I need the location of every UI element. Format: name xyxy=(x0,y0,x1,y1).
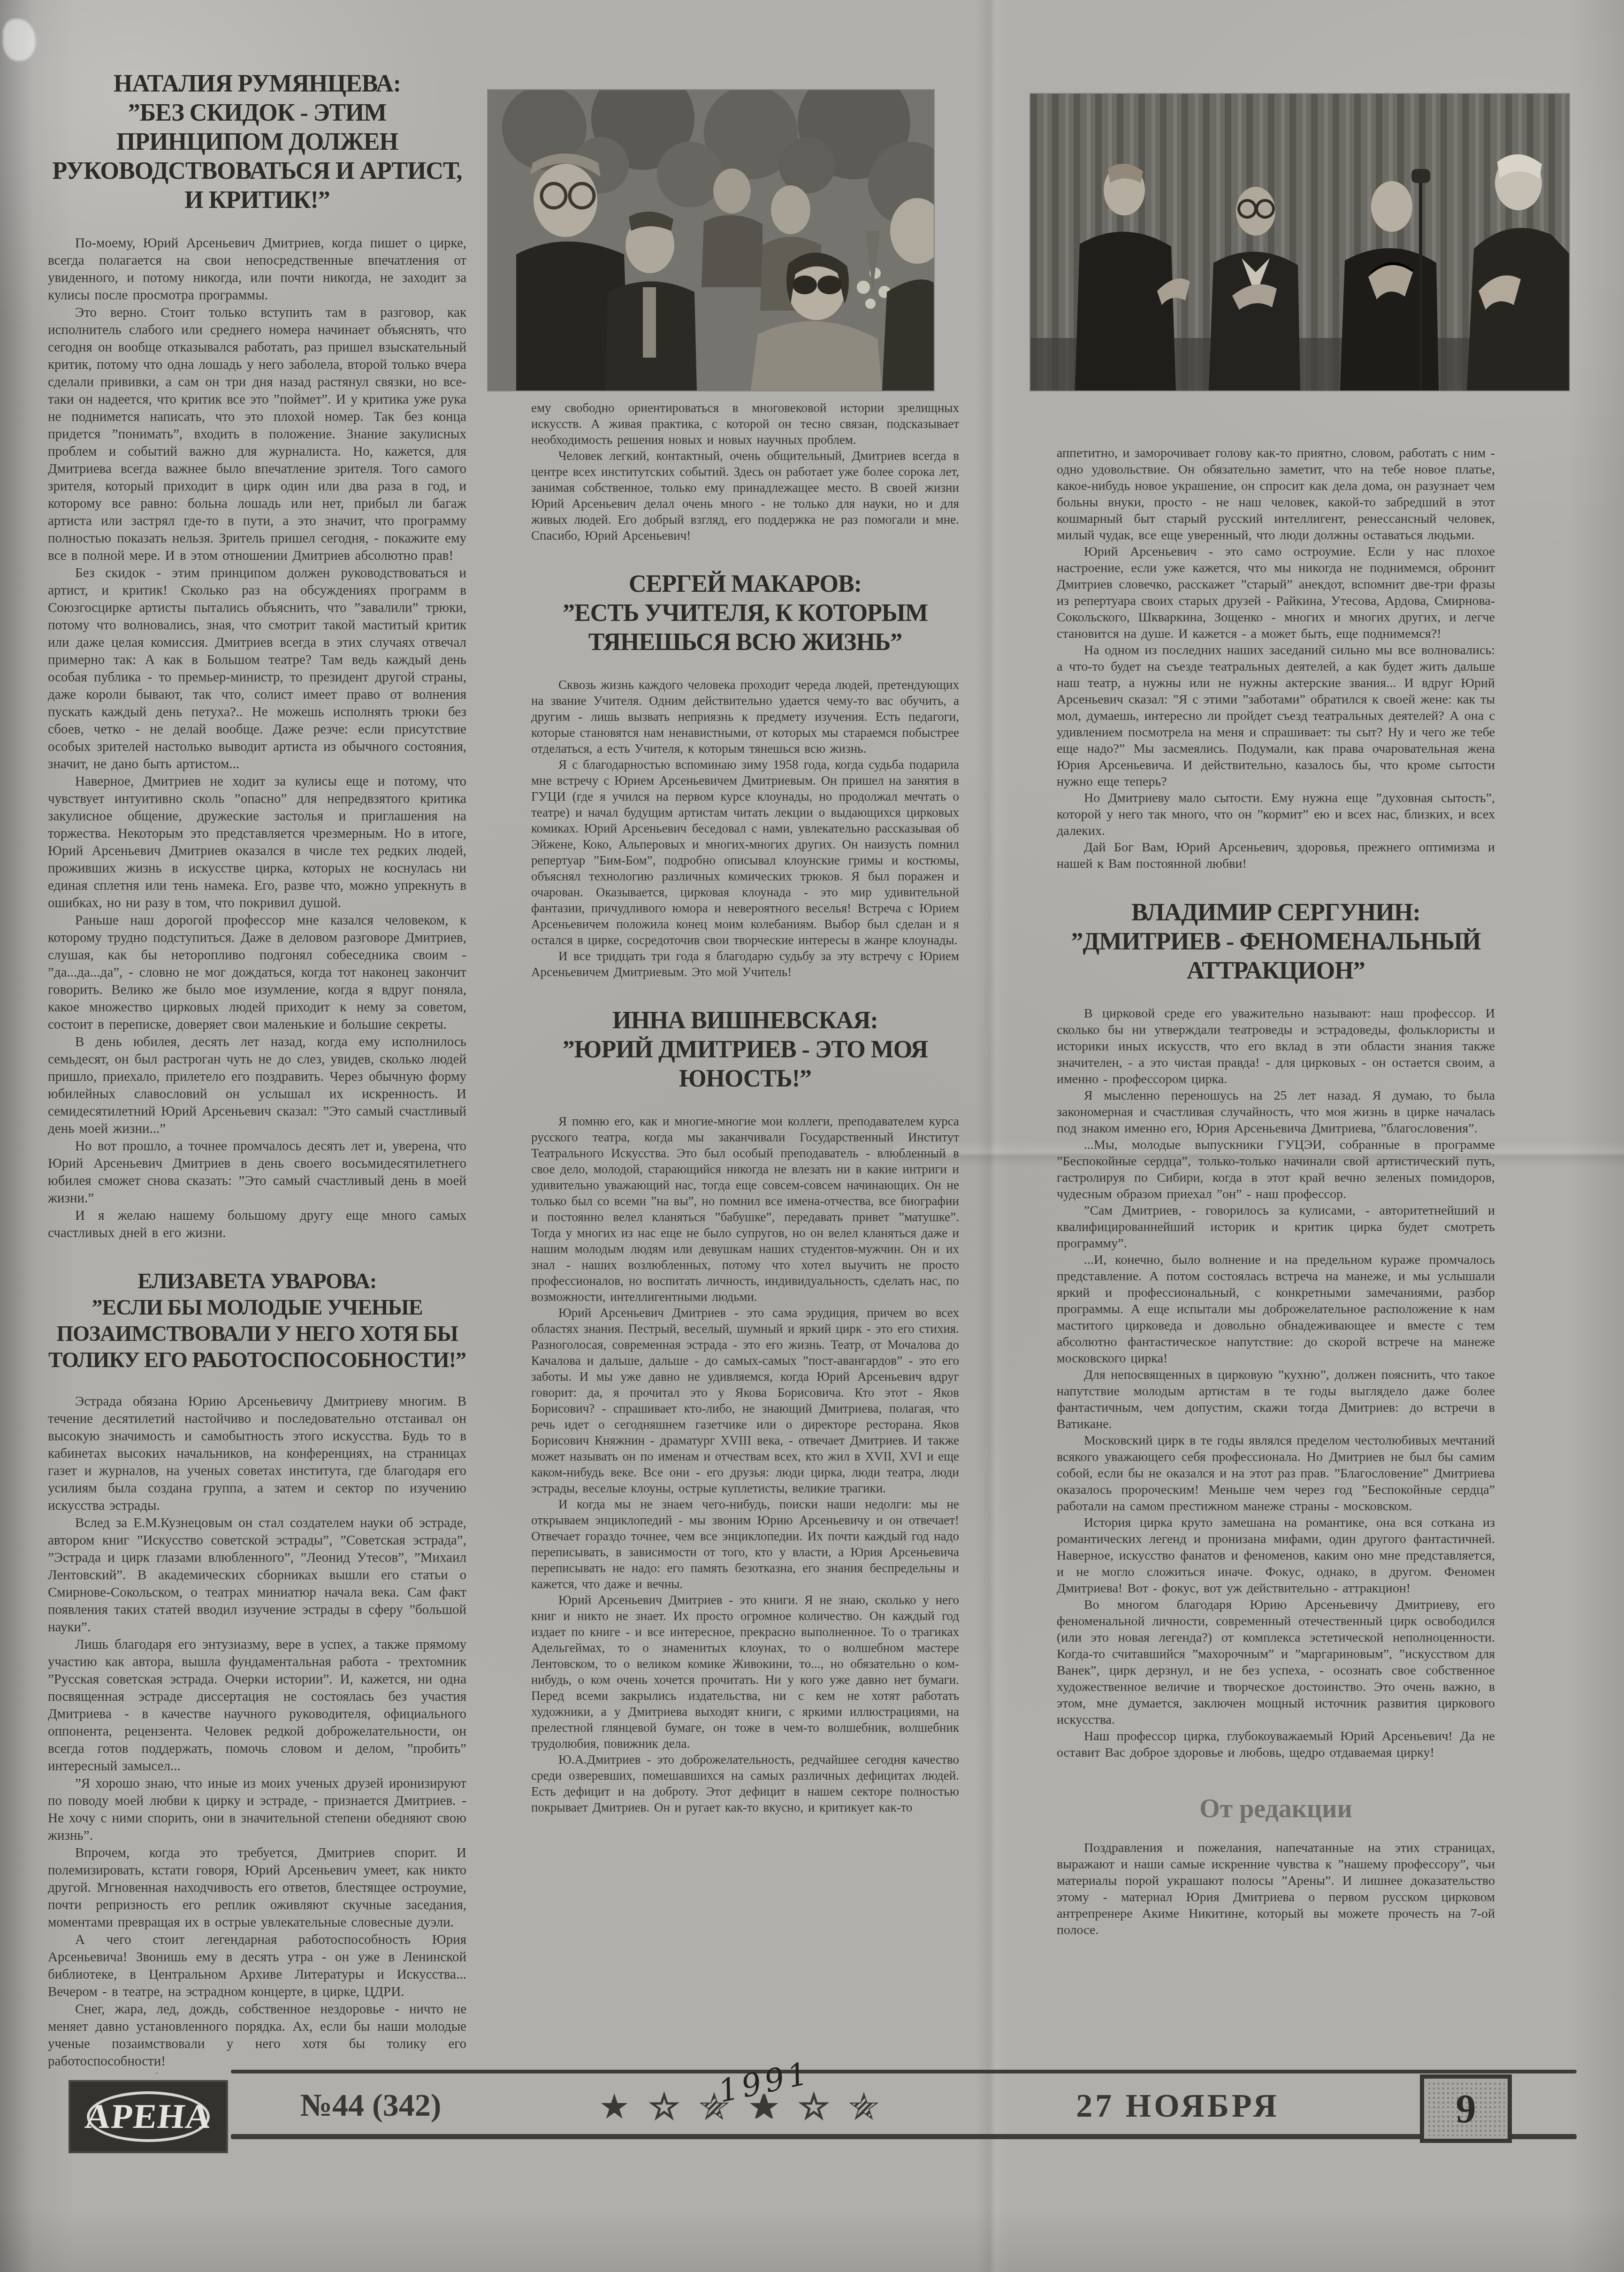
paragraph: ”Я хорошо знаю, что иные из моих ученых … xyxy=(48,1775,466,1844)
paper-crease-vertical xyxy=(976,0,1009,2272)
paragraph: Наш профессор цирка, глубокоуважаемый Юр… xyxy=(1057,1728,1495,1761)
star-icon: ☆ xyxy=(648,2085,679,2130)
article-author: НАТАЛИЯ РУМЯНЦЕВА: xyxy=(48,69,466,99)
paragraph: ”Сам Дмитриев, - говорилось за кулисами,… xyxy=(1057,1202,1495,1252)
footer-rule-bottom xyxy=(231,2134,1577,2139)
page-number-box: 9 xyxy=(1420,2074,1512,2143)
paragraph: По-моему, Юрий Арсеньевич Дмитриев, когд… xyxy=(48,235,466,304)
paragraph: И все тридцать три года я благодарю судь… xyxy=(531,948,959,980)
article-rumyantseva-body: По-моему, Юрий Арсеньевич Дмитриев, когд… xyxy=(48,235,466,1242)
article-title: ”ЕСЛИ БЫ МОЛОДЫЕ УЧЕНЫЕ ПОЗАИМСТВОВАЛИ У… xyxy=(48,1294,466,1373)
article-author: ЕЛИЗАВЕТА УВАРОВА: xyxy=(48,1268,466,1294)
article-title: ”БЕЗ СКИДОК - ЭТИМ ПРИНЦИПОМ ДОЛЖЕН РУКО… xyxy=(48,99,466,215)
article-rumyantseva-headline: НАТАЛИЯ РУМЯНЦЕВА: ”БЕЗ СКИДОК - ЭТИМ ПР… xyxy=(48,69,466,215)
photo-outdoor-group xyxy=(488,90,934,390)
paragraph: Юрий Арсеньевич - это само остроумие. Ес… xyxy=(1057,543,1495,642)
article-vishnevskaya-body-part1: Я помню его, как и многие-многие мои кол… xyxy=(531,1113,959,1815)
paragraph: Наверное, Дмитриев не ходит за кулисы ещ… xyxy=(48,773,466,912)
paragraph: Я мысленно переношусь на 25 лет назад. Я… xyxy=(1057,1087,1495,1137)
article-title: ”ДМИТРИЕВ - ФЕНОМЕНАЛЬНЫЙ АТТРАКЦИОН” xyxy=(1057,927,1495,986)
article-makarov-headline: СЕРГЕЙ МАКАРОВ: ”ЕСТЬ УЧИТЕЛЯ, К КОТОРЫМ… xyxy=(531,570,959,657)
paragraph: ...Мы, молодые выпускники ГУЦЭИ, собранн… xyxy=(1057,1137,1495,1202)
paragraph: Я помню его, как и многие-многие мои кол… xyxy=(531,1113,959,1305)
photo-stage-group xyxy=(1030,94,1569,390)
arena-logo: АРЕНА xyxy=(70,2082,226,2151)
paragraph: ему свободно ориентироваться в многовеко… xyxy=(531,400,959,448)
article-author: ВЛАДИМИР СЕРГУНИН: xyxy=(1057,898,1495,927)
paragraph: Это верно. Стоит только вступить там в р… xyxy=(48,304,466,565)
article-sergunin-headline: ВЛАДИМИР СЕРГУНИН: ”ДМИТРИЕВ - ФЕНОМЕНАЛ… xyxy=(1057,898,1495,986)
newspaper-page: НАТАЛИЯ РУМЯНЦЕВА: ”БЕЗ СКИДОК - ЭТИМ ПР… xyxy=(0,0,1624,2272)
article-uvarova-body-part1: Эстрада обязана Юрию Арсеньевичу Дмитрие… xyxy=(48,1393,466,2073)
article-sergunin-body: В цирковой среде его уважительно называю… xyxy=(1057,1005,1495,1761)
paragraph: Лишь благодаря его энтузиазму, вере в ус… xyxy=(48,1636,466,1775)
paragraph: Но вот прошло, а точнее промчалось десят… xyxy=(48,1138,466,1207)
paragraph: Для непосвященных в цирковую ”кухню”, до… xyxy=(1057,1367,1495,1432)
paragraph: Снег, жара, лед, дождь, собственное незд… xyxy=(48,2001,466,2070)
paragraph: В день юбилея, десять лет назад, когда е… xyxy=(48,1033,466,1138)
column-1: НАТАЛИЯ РУМЯНЦЕВА: ”БЕЗ СКИДОК - ЭТИМ ПР… xyxy=(48,69,466,2073)
issue-number: №44 (342) xyxy=(244,2087,497,2124)
issue-date: 27 НОЯБРЯ xyxy=(1046,2088,1309,2125)
photo-stage-group-image xyxy=(1030,94,1569,390)
arena-logo-text: АРЕНА xyxy=(83,2097,213,2137)
paragraph: Московский цирк в те годы являлся предел… xyxy=(1057,1432,1495,1515)
paragraph: Но Дмитриеву мало сытости. Ему нужна еще… xyxy=(1057,790,1495,839)
paragraph: А чего стоит легендарная работоспособнос… xyxy=(48,1931,466,2001)
article-makarov-body: Сквозь жизнь каждого человека проходит ч… xyxy=(531,677,959,980)
paragraph: Эстрада обязана Юрию Арсеньевичу Дмитрие… xyxy=(48,1393,466,1515)
article-uvarova-headline: ЕЛИЗАВЕТА УВАРОВА: ”ЕСЛИ БЫ МОЛОДЫЕ УЧЕН… xyxy=(48,1268,466,1373)
article-author: СЕРГЕЙ МАКАРОВ: xyxy=(531,570,959,599)
paragraph: Я с благодарностью вспоминаю зиму 1958 г… xyxy=(531,757,959,948)
paragraph: Ю.А.Дмитриев - это доброжелательность, р… xyxy=(531,1752,959,1815)
paragraph: Впрочем, когда это требуется, Дмитриев с… xyxy=(48,1844,466,1931)
paragraph: Юрий Арсеньевич Дмитриев - это книги. Я … xyxy=(531,1592,959,1752)
editorial-body: Поздравления и пожелания, напечатанные н… xyxy=(1057,1840,1495,1938)
article-author: ИННА ВИШНЕВСКАЯ: xyxy=(531,1006,959,1035)
column-2: ему свободно ориентироваться в многовеко… xyxy=(531,400,959,2073)
paragraph: В цирковой среде его уважительно называю… xyxy=(1057,1005,1495,1087)
paragraph: И я желаю нашему большому другу еще мног… xyxy=(48,1207,466,1242)
paragraph: Без скидок - этим принципом должен руков… xyxy=(48,565,466,773)
footer-rule-top xyxy=(231,2070,1577,2073)
paragraph: На одном из последних наших заседаний си… xyxy=(1057,642,1495,790)
star-icon: ★ xyxy=(848,2085,879,2130)
paragraph: История цирка круто замешана на романтик… xyxy=(1057,1515,1495,1597)
paragraph: Юрий Арсеньевич Дмитриев - это сама эруд… xyxy=(531,1305,959,1496)
star-icon: ★ xyxy=(599,2085,630,2130)
paragraph: Дай Бог Вам, Юрий Арсеньевич, здоровья, … xyxy=(1057,839,1495,872)
editorial-title: От редакции xyxy=(1057,1794,1495,1824)
paragraph: ...И, конечно, было волнение и на предел… xyxy=(1057,1252,1495,1367)
paper-damage-spot xyxy=(3,19,36,61)
paragraph: Вслед за Е.М.Кузнецовым он стал создател… xyxy=(48,1515,466,1636)
article-title: ”ЮРИЙ ДМИТРИЕВ - ЭТО МОЯ ЮНОСТЬ!” xyxy=(531,1035,959,1094)
paragraph: Поздравления и пожелания, напечатанные н… xyxy=(1057,1840,1495,1938)
column-3: аппетитно, и заморочивает голову как-то … xyxy=(1057,445,1495,2083)
paragraph: Во многом благодаря Юрию Арсеньевичу Дми… xyxy=(1057,1597,1495,1728)
article-title: ”ЕСТЬ УЧИТЕЛЯ, К КОТОРЫМ ТЯНЕШЬСЯ ВСЮ ЖИ… xyxy=(531,599,959,657)
paragraph: аппетитно, и заморочивает голову как-то … xyxy=(1057,445,1495,543)
paragraph: Раньше наш дорогой профессор мне казался… xyxy=(48,912,466,1033)
article-vishnevskaya-body-part2: аппетитно, и заморочивает голову как-то … xyxy=(1057,445,1495,872)
article-vishnevskaya-headline: ИННА ВИШНЕВСКАЯ: ”ЮРИЙ ДМИТРИЕВ - ЭТО МО… xyxy=(531,1006,959,1094)
paragraph: И когда мы не знаем чего-нибудь, поиски … xyxy=(531,1496,959,1592)
page-number: 9 xyxy=(1456,2085,1476,2132)
paragraph: Сквозь жизнь каждого человека проходит ч… xyxy=(531,677,959,757)
photo-outdoor-group-image xyxy=(488,90,934,390)
article-uvarova-body-part2: ему свободно ориентироваться в многовеко… xyxy=(531,400,959,543)
paragraph: Человек легкий, контактный, очень общите… xyxy=(531,448,959,543)
